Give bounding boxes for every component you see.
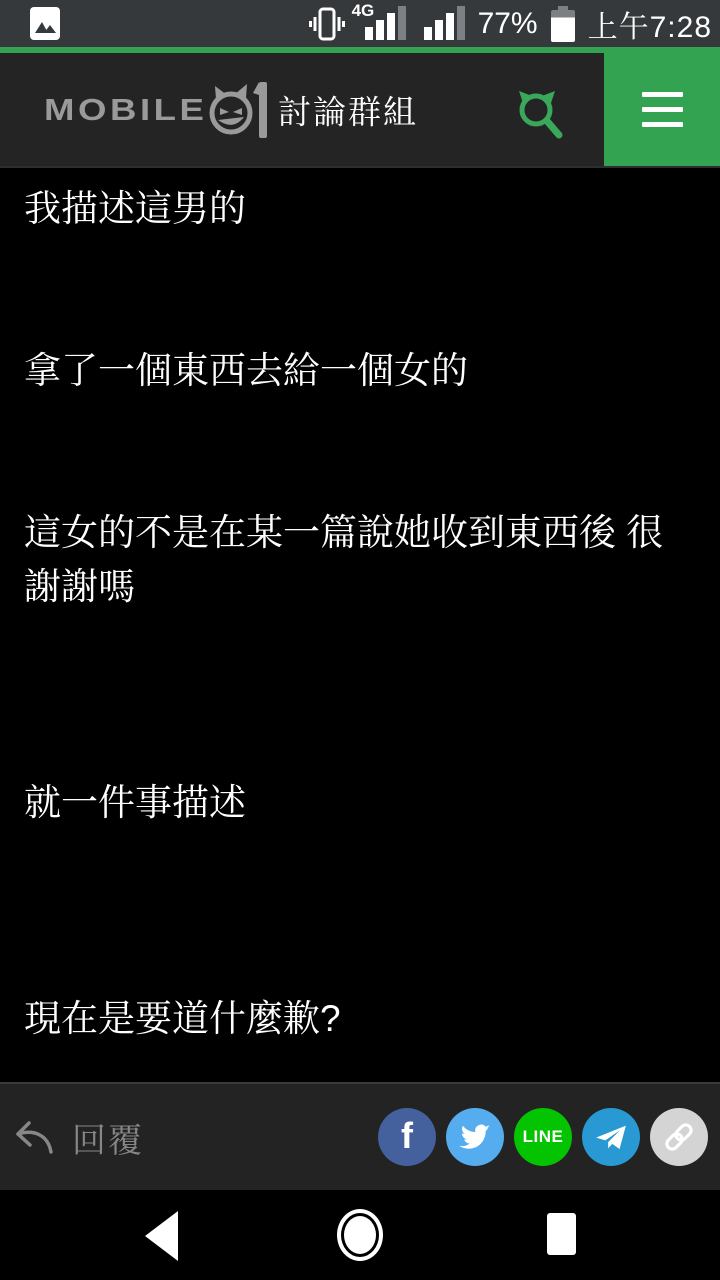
share-facebook-button[interactable]: f (378, 1108, 436, 1166)
reply-arrow-icon (14, 1118, 54, 1156)
screenshot-notification-icon (30, 7, 62, 41)
hamburger-menu-button[interactable] (604, 53, 720, 166)
post-paragraph: 拿了一個東西去給一個女的 (24, 344, 696, 398)
post-paragraph: 就一件事描述 (24, 776, 696, 830)
vibrate-icon (309, 4, 345, 44)
share-twitter-button[interactable] (446, 1108, 504, 1166)
clock-label: 上午7:28 (588, 2, 712, 46)
app-header: MOBILE 討論群組 (0, 53, 720, 168)
telegram-plane-icon (595, 1123, 627, 1151)
battery-percent-label: 77% (478, 7, 538, 41)
share-buttons: f LINE (378, 1108, 708, 1166)
home-button[interactable] (337, 1209, 383, 1261)
signal-strength-icon-sim2 (419, 4, 465, 44)
status-bar: 4G 77% 上午7:28 (0, 0, 720, 47)
twitter-bird-icon (459, 1124, 491, 1151)
recents-button[interactable] (547, 1213, 576, 1255)
post-paragraph: 這女的不是在某一篇說她收到東西後 很謝謝嗎 (24, 506, 696, 614)
back-button[interactable] (145, 1211, 178, 1261)
share-telegram-button[interactable] (582, 1108, 640, 1166)
post-paragraph: 我描述這男的 (24, 182, 696, 236)
reply-button[interactable]: 回覆 (14, 1113, 144, 1162)
facebook-icon: f (401, 1115, 413, 1157)
post-paragraph: 現在是要道什麼歉? (24, 992, 696, 1046)
post-action-bar: 回覆 f LINE (0, 1082, 720, 1190)
status-indicators: 4G 77% 上午7:28 (309, 0, 712, 47)
link-icon (662, 1120, 696, 1154)
signal-strength-icon-sim1: 4G (358, 4, 406, 44)
battery-icon (551, 5, 575, 43)
share-copylink-button[interactable] (650, 1108, 708, 1166)
reply-button-label: 回覆 (72, 1113, 144, 1162)
mobile01-app-screen: 4G 77% 上午7:28 (0, 0, 720, 1280)
line-icon: LINE (523, 1127, 564, 1147)
search-icon[interactable] (514, 83, 566, 139)
hamburger-bar (642, 122, 683, 127)
mobile01-logo-text: MOBILE (44, 92, 208, 128)
mobile01-logo-icon (205, 79, 271, 141)
hamburger-bar (642, 107, 683, 112)
page-title: 討論群組 (278, 86, 418, 133)
share-line-button[interactable]: LINE (514, 1108, 572, 1166)
hamburger-bar (642, 92, 683, 97)
android-navigation-bar (0, 1190, 720, 1280)
post-body: 我描述這男的 拿了一個東西去給一個女的 這女的不是在某一篇說她收到東西後 很謝謝… (0, 168, 720, 1082)
mobile01-logo[interactable]: MOBILE (44, 79, 271, 141)
